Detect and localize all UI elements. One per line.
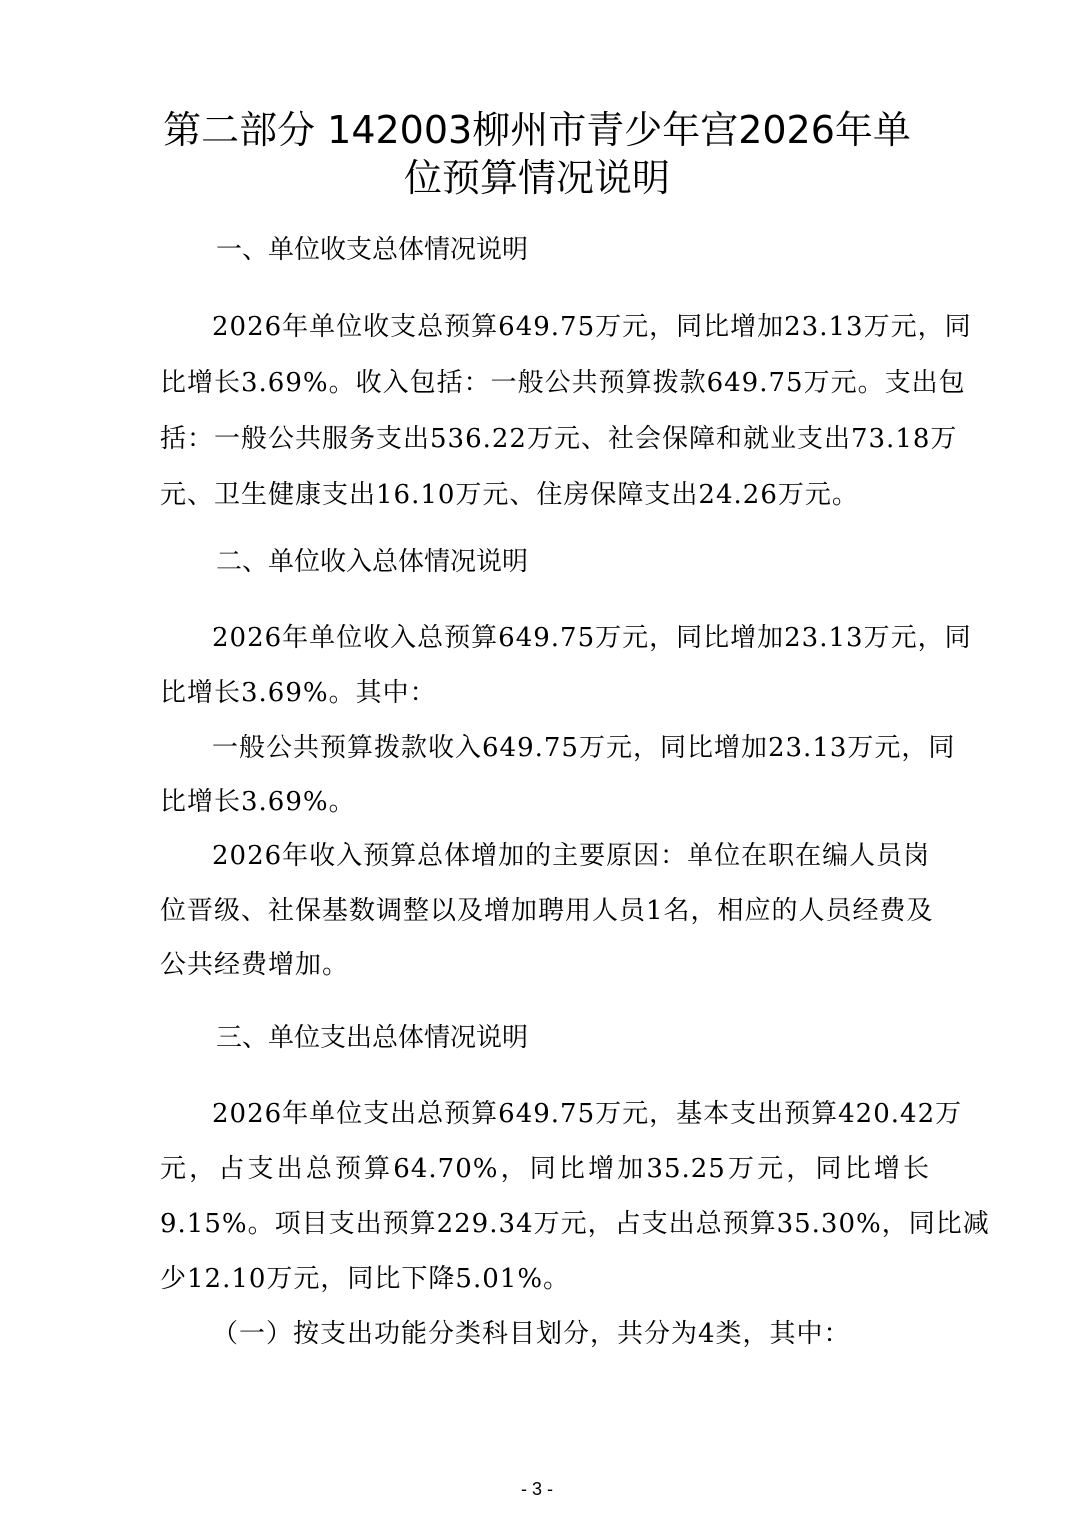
- section-heading-2: 二、单位收入总体情况说明: [216, 545, 528, 579]
- paragraph-line: 2026年单位收支总预算649.75万元，同比增加23.13万元，同: [212, 310, 930, 344]
- paragraph-line: 位晋级、社保基数调整以及增加聘用人员1名，相应的人员经费及: [160, 894, 930, 928]
- page-title: 第二部分 142003柳州市青少年宫2026年单 位预算情况说明: [150, 106, 924, 202]
- paragraph-line: 元、卫生健康支出16.10万元、住房保障支出24.26万元。: [160, 478, 930, 512]
- paragraph-line: 公共经费增加。: [160, 948, 930, 982]
- paragraph-line: 比增长3.69%。收入包括：一般公共预算拨款649.75万元。支出包: [160, 366, 930, 400]
- section-heading-1: 一、单位收支总体情况说明: [216, 233, 528, 267]
- page-number: - 3 -: [0, 1478, 1074, 1500]
- paragraph-line: 2026年收入预算总体增加的主要原因：单位在职在编人员岗: [212, 839, 930, 873]
- paragraph-line: 少12.10万元，同比下降5.01%。: [160, 1262, 930, 1296]
- paragraph-line: 比增长3.69%。其中：: [160, 676, 930, 710]
- paragraph-line: 9.15%。项目支出预算229.34万元，占支出总预算35.30%，同比减: [160, 1207, 930, 1241]
- paragraph-line: 括：一般公共服务支出536.22万元、社会保障和就业支出73.18万: [160, 422, 930, 456]
- paragraph-line: 2026年单位收入总预算649.75万元，同比增加23.13万元，同: [212, 621, 930, 655]
- paragraph-line: 一般公共预算拨款收入649.75万元，同比增加23.13万元，同: [212, 731, 930, 765]
- paragraph-line: （一）按支出功能分类科目划分，共分为4类，其中：: [212, 1317, 930, 1351]
- paragraph-line: 比增长3.69%。: [160, 785, 930, 819]
- section-heading-3: 三、单位支出总体情况说明: [216, 1021, 528, 1055]
- title-line-2: 位预算情况说明: [404, 156, 670, 200]
- paragraph-line: 元，占支出总预算64.70%，同比增加35.25万元，同比增长: [160, 1152, 930, 1186]
- document-page: 第二部分 142003柳州市青少年宫2026年单 位预算情况说明 一、单位收支总…: [0, 0, 1074, 1520]
- paragraph-line: 2026年单位支出总预算649.75万元，基本支出预算420.42万: [212, 1097, 930, 1131]
- title-line-1: 第二部分 142003柳州市青少年宫2026年单: [163, 108, 911, 152]
